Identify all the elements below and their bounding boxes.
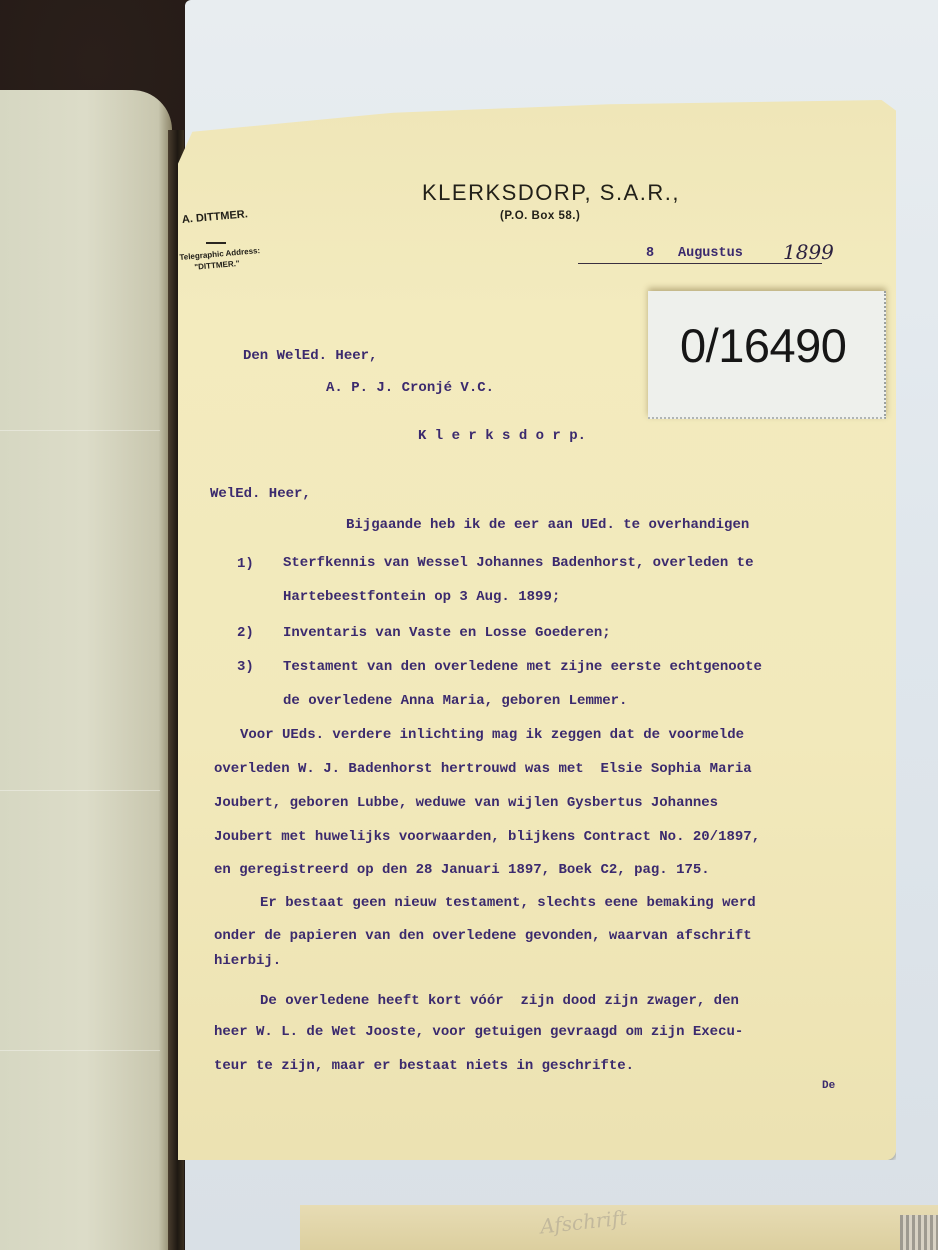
letterhead-city: KLERKSDORP, S.A.R., [422,180,680,206]
enclosure-number: 3) [237,659,254,675]
paragraph-line: hierbij. [214,953,281,969]
paragraph-line: Voor UEds. verdere inlichting mag ik zeg… [240,727,744,743]
date-year-handwritten: 1899 [783,240,834,264]
enclosure-line: de overledene Anna Maria, geboren Lemmer… [283,693,627,709]
greeting: WelEd. Heer, [210,486,311,502]
enclosure-line: Inventaris van Vaste en Losse Goederen; [283,625,611,641]
left-book-page [0,90,172,1250]
enclosure-number: 1) [237,556,254,572]
paragraph-line: De overledene heeft kort vóór zijn dood … [260,993,739,1009]
paragraph-line: onder de papieren van den overledene gev… [214,928,752,944]
date-month: Augustus [678,246,743,261]
recipient-name: A. P. J. Cronjé V.C. [326,380,494,396]
paragraph-line: Joubert, geboren Lubbe, weduwe van wijle… [214,795,718,811]
enclosure-line: Hartebeestfontein op 3 Aug. 1899; [283,589,560,605]
enclosure-number: 2) [237,625,254,641]
archive-reference-number: 0/16490 [680,318,846,373]
catchword: De [822,1080,835,1092]
intro-line: Bijgaande heb ik de eer aan UEd. te over… [346,517,749,533]
paragraph-line: heer W. L. de Wet Jooste, voor getuigen … [214,1024,743,1040]
paragraph-line: overleden W. J. Badenhorst hertrouwd was… [214,761,752,777]
enclosure-line: Testament van den overledene met zijne e… [283,659,762,675]
letterhead-po-box: (P.O. Box 58.) [500,210,580,222]
sheet-edge-strip [900,1215,938,1250]
letterhead-rule [206,242,226,244]
paragraph-line: Er bestaat geen nieuw testament, slechts… [260,895,756,911]
paragraph-line: Joubert met huwelijks voorwaarden, blijk… [214,829,760,845]
recipient-place: K l e r k s d o r p. [418,428,586,444]
paragraph-line: en geregistreerd op den 28 Januari 1897,… [214,862,710,878]
enclosure-line: Sterfkennis van Wessel Johannes Badenhor… [283,555,753,571]
paragraph-line: teur te zijn, maar er bestaat niets in g… [214,1058,634,1074]
date-day: 8 [646,246,654,261]
salutation-line: Den WelEd. Heer, [243,348,377,364]
